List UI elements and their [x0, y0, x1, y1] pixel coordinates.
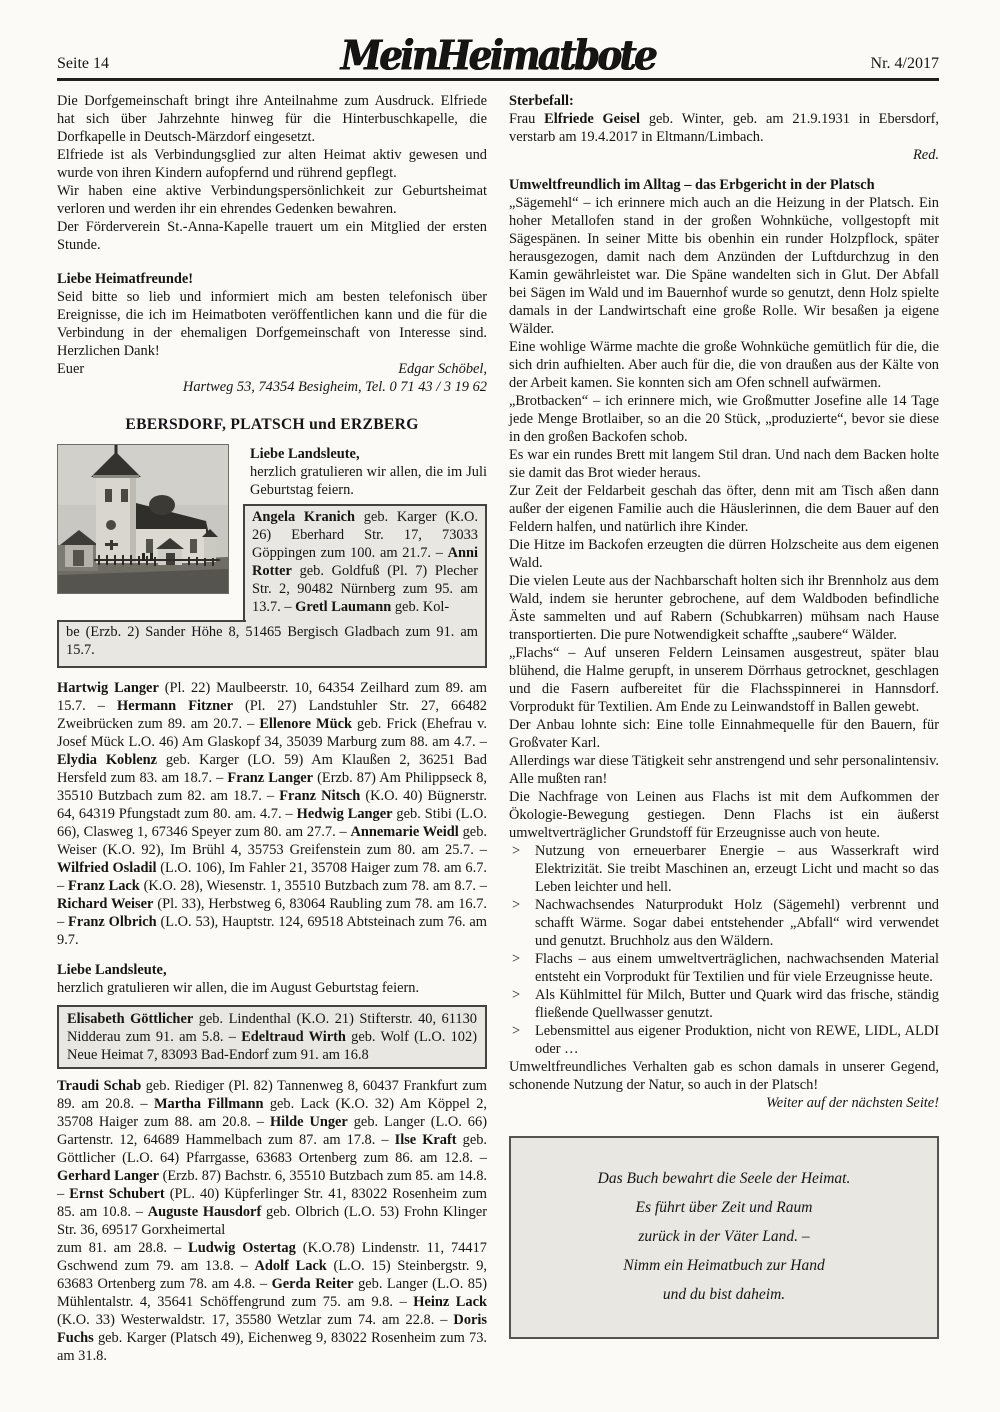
bullet-item: > Lebensmittel aus eigener Produktion, n…: [509, 1022, 939, 1058]
july-intro: herzlich gratulieren wir allen, die im J…: [250, 463, 487, 499]
bullet-item: > Als Kühlmittel für Milch, Butter und Q…: [509, 986, 939, 1022]
article-paragraph: Eine wohlige Wärme machte die große Wohn…: [509, 338, 939, 392]
page-number: Seite 14: [57, 55, 109, 73]
appeal-heading: Liebe Heimatfreunde!: [57, 270, 487, 288]
issue-number: Nr. 4/2017: [871, 55, 939, 73]
august-salutation: Liebe Landsleute,: [57, 961, 487, 979]
august-intro: herzlich gratulieren wir allen, die im A…: [57, 979, 487, 997]
church-photo-image: [58, 445, 228, 593]
article-paragraph: Es war ein rundes Brett mit langem Stil …: [509, 446, 939, 482]
july-birthday-box: Angela Kranich geb. Karger (K.O. 26) Ebe…: [243, 504, 487, 620]
bullet-item: > Nachwachsendes Naturprodukt Holz (Säge…: [509, 896, 939, 950]
article-paragraph: „Flachs“ – Auf unseren Feldern Leinsamen…: [509, 644, 939, 716]
bullet-text: Lebensmittel aus eigener Produktion, nic…: [535, 1022, 939, 1058]
poem-line: zurück in der Väter Land. –: [525, 1222, 923, 1251]
obituary-paragraph: Wir haben eine aktive Verbindungspersönl…: [57, 182, 487, 218]
article-paragraph: Die vielen Leute aus der Nachbarschaft h…: [509, 572, 939, 644]
continuation-note: Weiter auf der nächsten Seite!: [509, 1094, 939, 1112]
bullet-marker: >: [509, 986, 535, 1022]
obituary-paragraph: Der Förderverein St.-Anna-Kapelle trauer…: [57, 218, 487, 254]
death-notice-body: Frau Elfriede Geisel geb. Winter, geb. a…: [509, 110, 939, 146]
bullet-marker: >: [509, 842, 535, 896]
bullet-text: Flachs – aus einem umweltverträglichen, …: [535, 950, 939, 986]
bullet-text: Nutzung von erneuerbarer Energie – aus W…: [535, 842, 939, 896]
signature-name: Edgar Schöbel,: [398, 360, 487, 378]
death-notice-heading: Sterbefall:: [509, 92, 939, 110]
article-paragraph: Die Hitze im Backofen erzeugten die dürr…: [509, 536, 939, 572]
bullet-marker: >: [509, 1022, 535, 1058]
heimatbuch-poem-box: Das Buch bewahrt die Seele der Heimat. E…: [509, 1136, 939, 1339]
article-paragraph: „Brotbacken“ – ich erinnere mich, wie Gr…: [509, 392, 939, 446]
box-border-segment: [57, 620, 246, 622]
poem-line: Es führt über Zeit und Raum: [525, 1193, 923, 1222]
section-heading: EBERSDORF, PLATSCH und ERZBERG: [57, 416, 487, 434]
article-paragraph: „Sägemehl“ – ich erinnere mich auch an d…: [509, 194, 939, 338]
article-paragraph: Die Nachfrage von Leinen aus Flachs ist …: [509, 788, 939, 842]
poem-line: und du bist daheim.: [525, 1280, 923, 1309]
two-column-body: Die Dorfgemeinschaft bringt ihre Anteiln…: [57, 92, 939, 1365]
july-birthday-list: Hartwig Langer (Pl. 22) Maulbeerstr. 10,…: [57, 679, 487, 949]
appeal-body: Seid bitte so lieb und informiert mich a…: [57, 288, 487, 360]
article-paragraph: Allerdings war diese Tätigkeit sehr anst…: [509, 752, 939, 788]
signature-address: Hartweg 53, 74354 Besigheim, Tel. 0 71 4…: [57, 378, 487, 396]
july-birthday-box-continued: be (Erzb. 2) Sander Höhe 8, 51465 Bergis…: [57, 620, 487, 668]
closing-paragraph: Umweltfreundliches Verhalten gab es scho…: [509, 1058, 939, 1094]
masthead-logo: MeinHeimatbote: [341, 31, 655, 79]
bullet-text: Nachwachsendes Naturprodukt Holz (Sägeme…: [535, 896, 939, 950]
left-column: Die Dorfgemeinschaft bringt ihre Anteiln…: [57, 92, 487, 1365]
signoff-label: Euer: [57, 360, 84, 378]
poem-line: Das Buch bewahrt die Seele der Heimat.: [525, 1164, 923, 1193]
article-heading: Umweltfreundlich im Alltag – das Erbgeri…: [509, 176, 939, 194]
church-photo: [57, 444, 229, 594]
bullet-marker: >: [509, 950, 535, 986]
july-birthday-figure: Liebe Landsleute, herzlich gratulieren w…: [57, 442, 487, 670]
august-birthday-box: Elisabeth Göttlicher geb. Lindenthal (K.…: [57, 1005, 487, 1069]
signature-row: Euer Edgar Schöbel,: [57, 360, 487, 378]
obituary-paragraph: Elfriede ist als Verbindungsglied zur al…: [57, 146, 487, 182]
poem-line: Nimm ein Heimatbuch zur Hand: [525, 1251, 923, 1280]
bullet-item: > Flachs – aus einem umweltverträglichen…: [509, 950, 939, 986]
july-salutation-block: Liebe Landsleute, herzlich gratulieren w…: [250, 445, 487, 499]
right-column: Sterbefall: Frau Elfriede Geisel geb. Wi…: [509, 92, 939, 1365]
article-paragraph: Der Anbau lohnte sich: Eine tolle Einnah…: [509, 716, 939, 752]
article-paragraph: Zur Zeit der Feldarbeit geschah das öfte…: [509, 482, 939, 536]
august-birthday-list: Traudi Schab geb. Riediger (Pl. 82) Tann…: [57, 1077, 487, 1365]
bullet-text: Als Kühlmittel für Milch, Butter und Qua…: [535, 986, 939, 1022]
page-header: Seite 14 MeinHeimatbote Nr. 4/2017: [57, 26, 939, 81]
editorial-byline: Red.: [509, 146, 939, 164]
newspaper-page: Seite 14 MeinHeimatbote Nr. 4/2017 Die D…: [0, 0, 1000, 1412]
july-salutation: Liebe Landsleute,: [250, 445, 487, 463]
bullet-marker: >: [509, 896, 535, 950]
obituary-paragraph: Die Dorfgemeinschaft bringt ihre Anteiln…: [57, 92, 487, 146]
bullet-item: > Nutzung von erneuerbarer Energie – aus…: [509, 842, 939, 896]
